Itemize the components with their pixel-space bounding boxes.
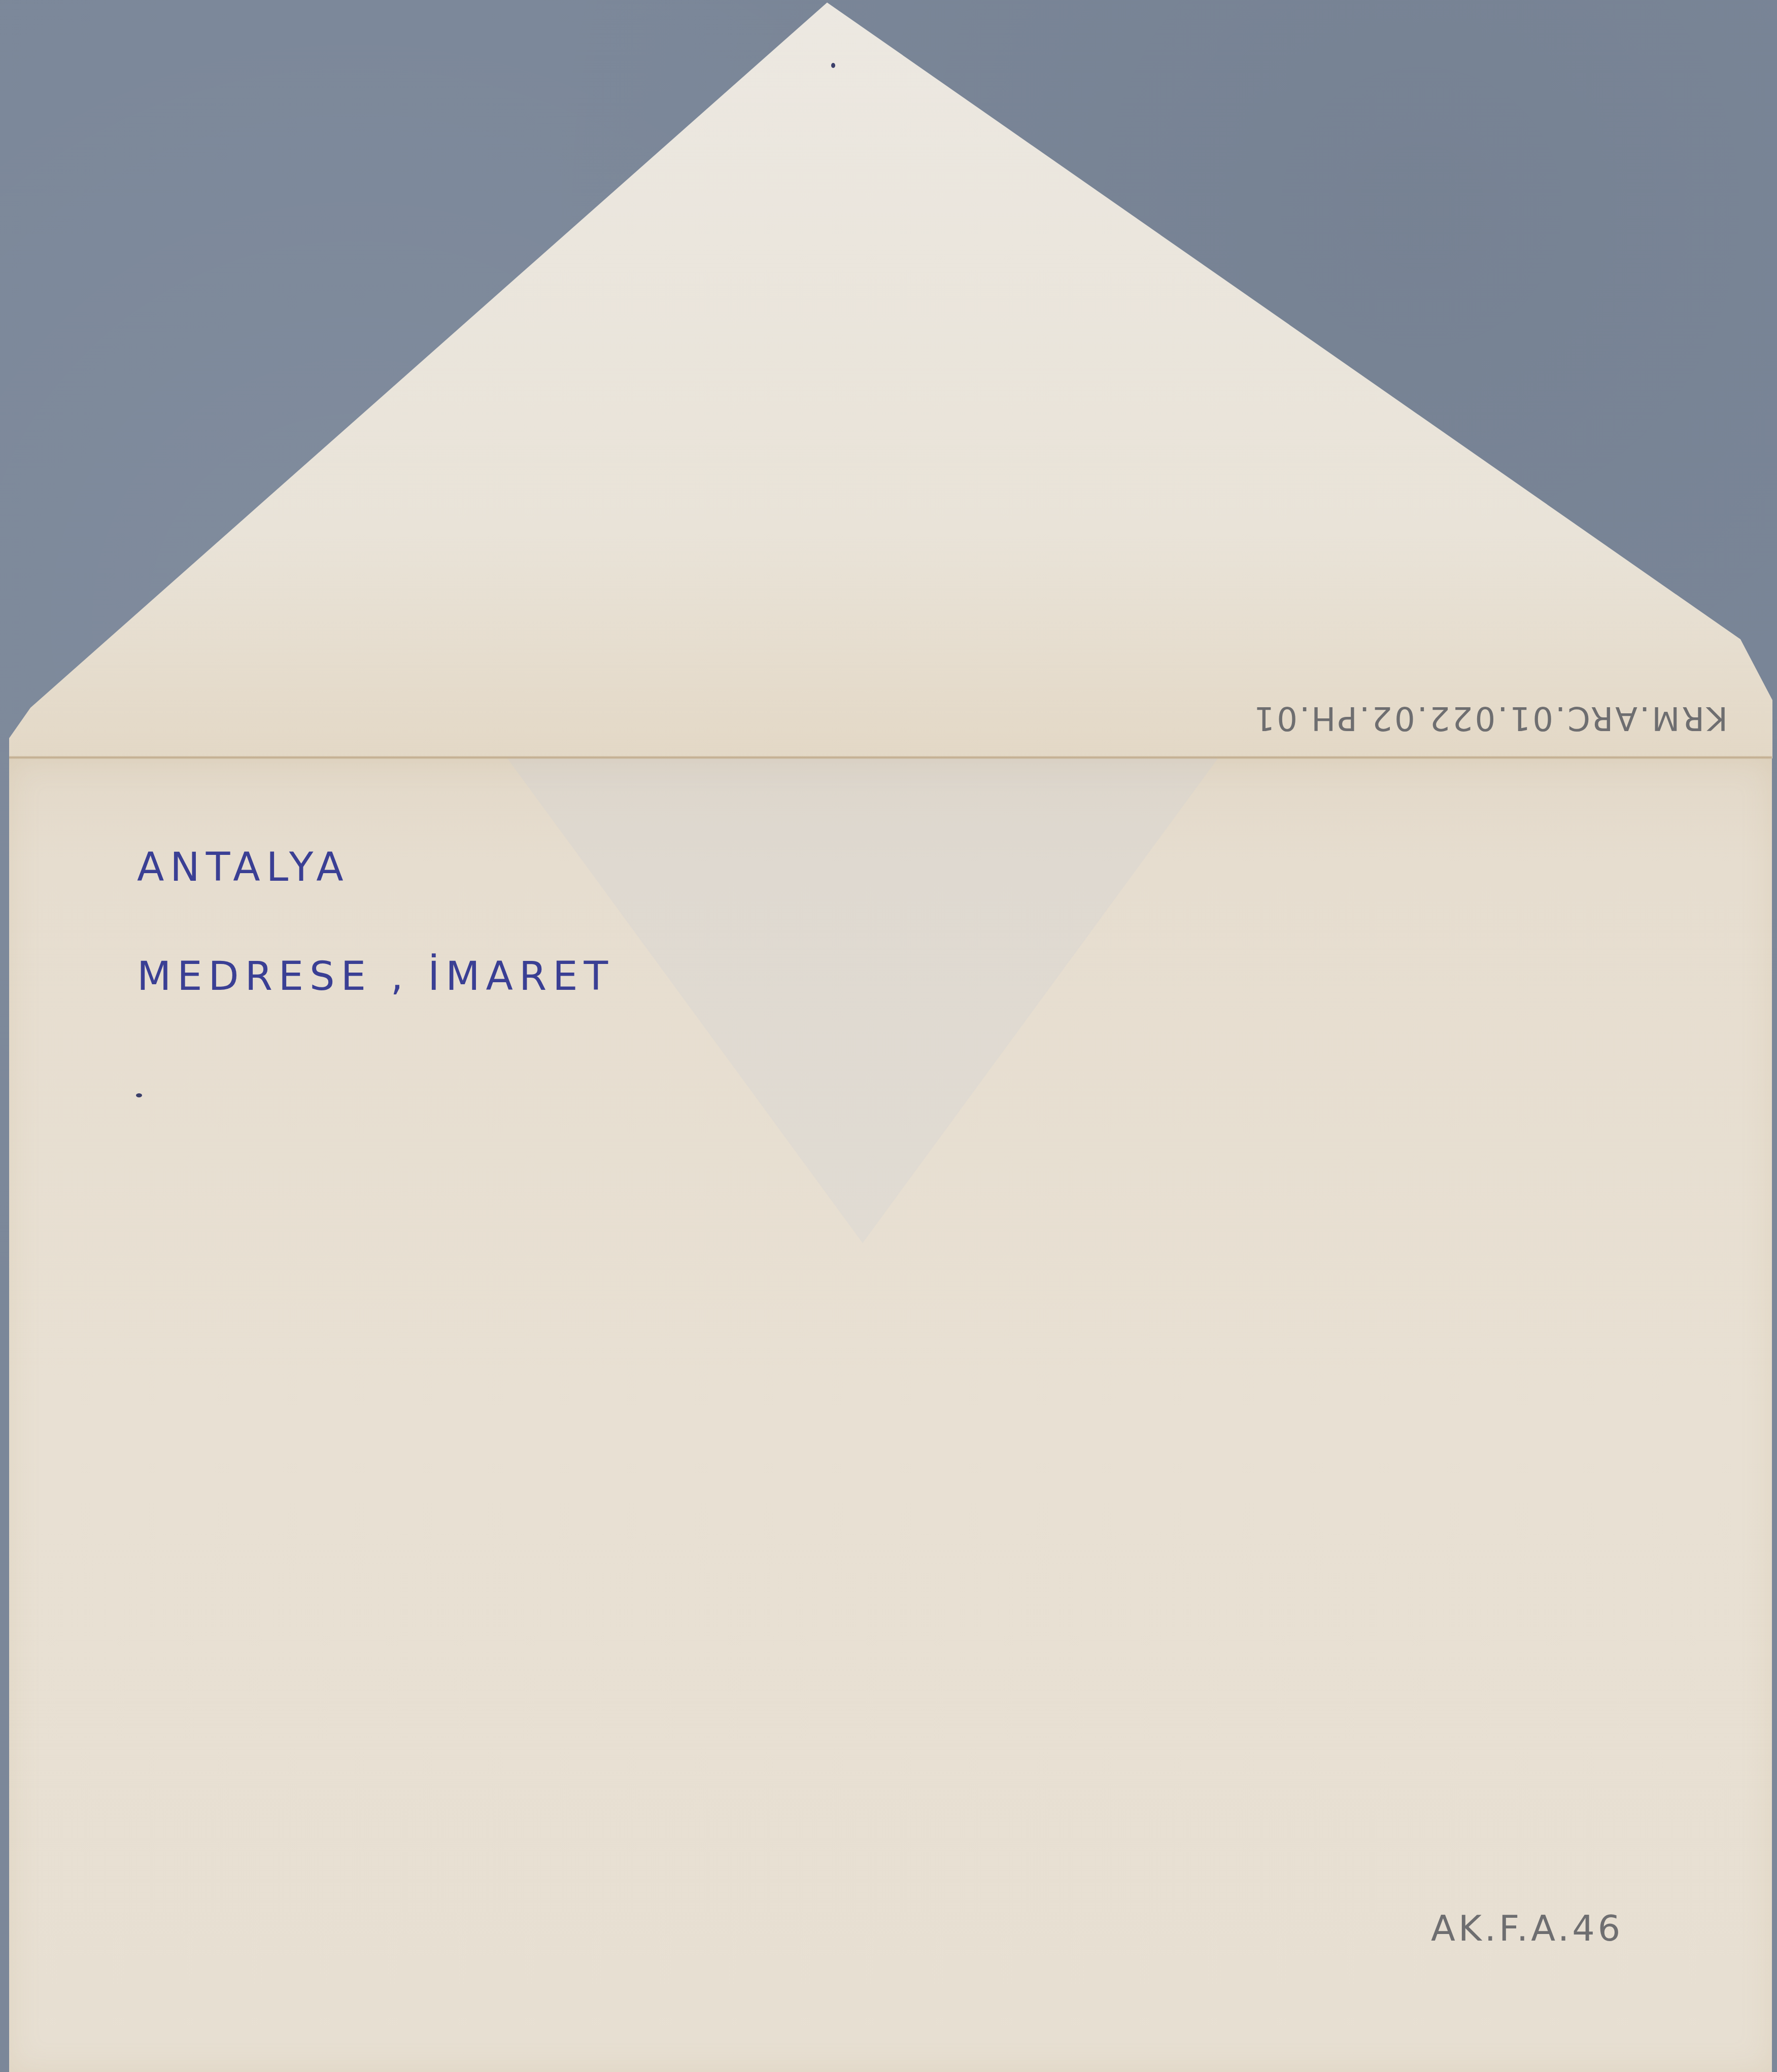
ink-speck [136,1093,142,1097]
scan-stage: ANTALYA MEDRESE , İMARET KRM.ARC.01.022.… [0,0,1777,2072]
inner-flap-shadow [0,0,1777,2072]
handwritten-subject: MEDRESE , İMARET [137,954,614,999]
handwritten-place: ANTALYA [137,845,350,890]
flap-fold-line [9,756,1772,759]
ink-speck [831,63,835,68]
catalog-number: AK.F.A.46 [1431,1908,1623,1949]
archive-reference-code: KRM.ARC.01.022.02.PH.01 [1281,699,1728,737]
